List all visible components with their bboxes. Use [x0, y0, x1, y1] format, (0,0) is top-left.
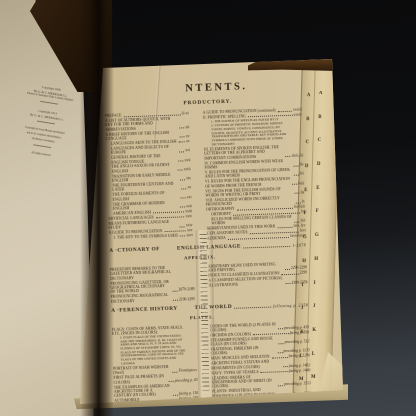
dot-leader: [292, 184, 297, 185]
stub-gap: [178, 311, 195, 312]
dot-leader: [182, 188, 187, 189]
dot-leader: [180, 226, 185, 227]
dot-leader: [286, 156, 291, 157]
copyright-line-text: All rights reserved: [31, 151, 51, 157]
dot-leader: [180, 207, 185, 208]
plate-entry: I. STATE FLAGS OF THE UNITED STATES AND …: [112, 334, 197, 366]
dot-leader: [278, 329, 283, 330]
copyright-text-block: Copyright 1909 By G. & C. MERRIAM Co. En…: [5, 81, 87, 163]
contents-entry: A CLASSIFIED SELECTION OF PICTORIAL ILLU…: [208, 276, 307, 288]
dot-leader: [283, 366, 288, 367]
dot-leader: [181, 197, 186, 198]
top-edge-stain: [248, 54, 338, 71]
dot-leader: [179, 151, 184, 152]
dot-leader: [282, 273, 299, 275]
contents-title: NTENTS.: [118, 79, 315, 97]
torn-leaf-stub: [196, 230, 216, 398]
dot-leader: [180, 236, 185, 237]
contents-entry: PRONOUNCING BIOGRAPHICAL DICTIONARY2190-…: [111, 292, 195, 303]
dot-leader: [294, 174, 299, 175]
dot-leader: [228, 237, 289, 240]
dot-leader: [180, 179, 185, 180]
dot-leader: [285, 283, 290, 284]
dot-leader: [243, 246, 290, 249]
dot-leader: [279, 343, 284, 344]
appendix-right-column: ARBITRARY SIGNS USED IN WRITING AND PRIN…: [208, 261, 308, 301]
dot-leader: [179, 128, 184, 129]
dot-leader: [169, 381, 174, 382]
dot-leader: [180, 137, 185, 138]
dot-leader: [284, 408, 289, 409]
contents-entry: 2. SYSTEMS OF PHONETIC NOTATION: MIDDLE …: [203, 122, 303, 147]
dot-leader: [294, 221, 299, 222]
dot-leader: [278, 385, 283, 386]
gutter-shadow: [80, 0, 114, 416]
dot-leader: [294, 165, 299, 166]
dot-leader: [272, 357, 288, 359]
contents-entry: PRONOUNCING GAZETTEER, OR GEOGRAPHICAL D…: [110, 279, 194, 295]
dot-leader: [179, 160, 184, 161]
dot-leader: [173, 395, 178, 396]
introductory-columns: PREFACEiii-xi A LIST OF AUTHORS QUOTED, …: [105, 107, 306, 244]
dot-leader: [277, 352, 282, 353]
dot-leader: [234, 307, 271, 309]
intro-left-column: PREFACEiii-xi A LIST OF AUTHORS QUOTED, …: [105, 111, 193, 245]
appendix-left-column: PREFATORY REMARKS TO THE GAZETTEER AND B…: [110, 265, 195, 304]
dot-leader: [296, 202, 301, 203]
dot-leader: [178, 170, 183, 171]
plate-entry: LEADING CATHEDRALS OF THE WORLD (IN COLO…: [115, 411, 199, 416]
dot-leader: [178, 142, 185, 143]
intro-right-column: A GUIDE TO PRONUNCIATION (continued)xxxi…: [203, 107, 306, 241]
copyright-line: [33, 144, 52, 152]
dot-leader: [173, 290, 178, 291]
book-photo-scene: Copyright 1909 By G. & C. MERRIAM Co. En…: [0, 0, 416, 416]
dot-leader: [278, 227, 293, 228]
dot-leader: [164, 231, 186, 233]
contents-text: NTENTS. PRODUCTORY. PREFACEiii-xi A LIST…: [103, 54, 343, 397]
copyright-line: [36, 120, 55, 128]
dot-leader: [278, 110, 293, 111]
contents-entry: PREFATORY REMARKS TO THE GAZETTEER AND B…: [110, 265, 194, 281]
dot-leader: [285, 269, 290, 270]
dot-leader: [295, 193, 300, 194]
copyright-line: [39, 101, 58, 109]
stub-gap: [160, 252, 177, 253]
dot-leader: [173, 300, 178, 301]
dot-leader: [173, 372, 178, 373]
dot-leader: [173, 409, 178, 410]
